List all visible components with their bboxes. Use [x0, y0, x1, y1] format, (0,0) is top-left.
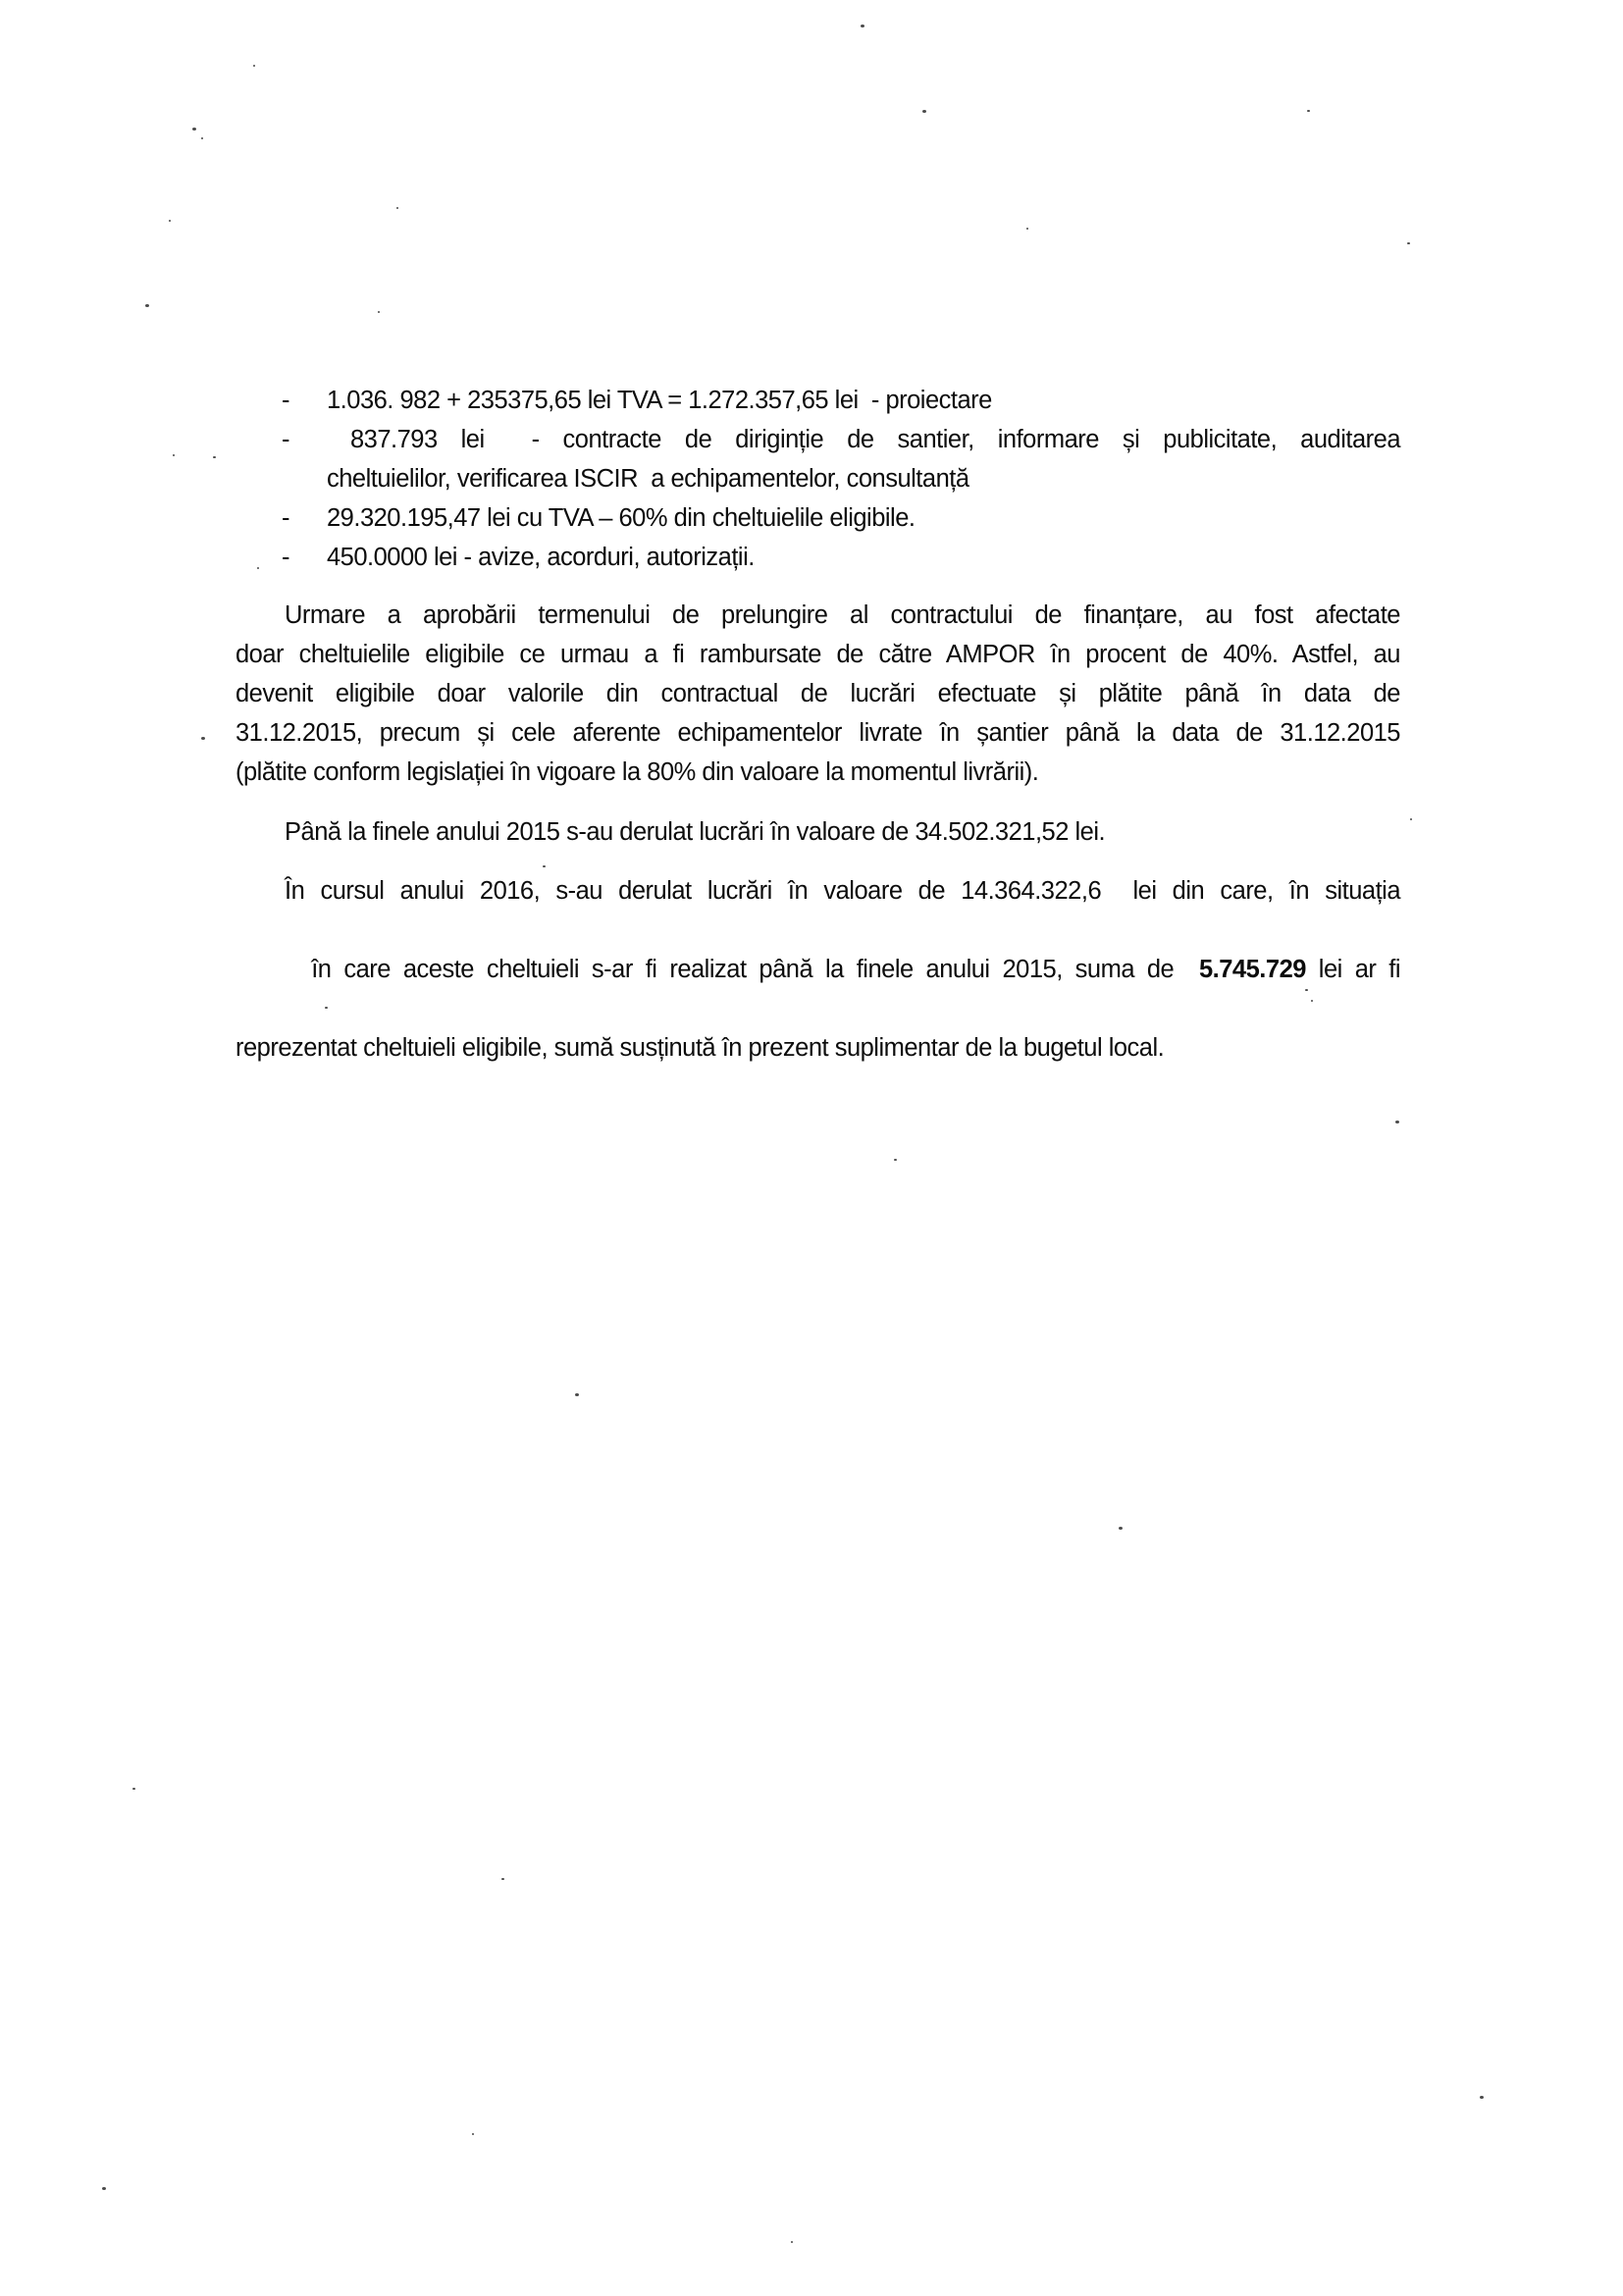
list-item: - 29.320.195,47 lei cu TVA – 60% din che… — [236, 498, 1400, 538]
bullet-text: 450.0000 lei - avize, acorduri, autoriza… — [327, 538, 1400, 577]
scan-speck — [543, 865, 546, 867]
scan-speck — [1480, 2096, 1484, 2099]
scan-speck — [894, 1159, 897, 1161]
scan-speck — [173, 454, 175, 456]
paragraph-line: Până la finele anului 2015 s-au derulat … — [236, 812, 1400, 852]
bullet-text: 1.036. 982 + 235375,65 lei TVA = 1.272.3… — [327, 381, 1400, 420]
scan-speck — [472, 2133, 474, 2135]
scan-speck — [102, 2187, 106, 2190]
scan-speck — [201, 737, 205, 740]
list-item: - 1.036. 982 + 235375,65 lei TVA = 1.272… — [236, 381, 1400, 420]
scan-speck — [1407, 242, 1410, 244]
scan-speck — [1307, 110, 1310, 112]
paragraph-line: doar cheltuielile eligibile ce urmau a f… — [236, 635, 1400, 674]
scan-speck — [132, 1788, 135, 1790]
scan-speck — [378, 311, 380, 313]
scan-speck — [213, 456, 216, 458]
scan-speck — [861, 25, 864, 27]
bullet-text: cheltuielilor, verificarea ISCIR a echip… — [327, 459, 1400, 498]
scan-speck — [257, 567, 259, 569]
paragraph-line: devenit eligibile doar valorile din cont… — [236, 674, 1400, 713]
scan-speck — [192, 128, 196, 130]
scan-speck — [1305, 989, 1308, 991]
scan-speck — [253, 65, 255, 67]
scan-speck — [575, 1393, 579, 1396]
paragraph-works-2016: În cursul anului 2016, s-au derulat lucr… — [236, 871, 1400, 1068]
paragraph-text-segment: în care aceste cheltuieli s-ar fi realiz… — [311, 956, 1199, 983]
scan-speck — [1026, 228, 1028, 230]
paragraph-line: în care aceste cheltuieli s-ar fi realiz… — [236, 911, 1400, 1028]
scan-speck — [501, 1878, 504, 1880]
scan-speck — [325, 1007, 328, 1009]
scan-speck — [169, 220, 171, 222]
scan-speck — [1395, 1121, 1399, 1123]
bullet-dash: - — [282, 538, 289, 577]
scan-speck — [1410, 818, 1412, 820]
scan-speck — [396, 207, 398, 209]
scan-speck — [145, 304, 149, 307]
paragraph-line: În cursul anului 2016, s-au derulat lucr… — [236, 871, 1400, 911]
scan-speck — [791, 2241, 793, 2243]
scan-speck — [922, 110, 926, 113]
scan-speck — [1311, 1000, 1313, 1002]
paragraph-line: (plătite conform legislației în vigoare … — [236, 753, 1400, 792]
paragraph-line: 31.12.2015, precum și cele aferente echi… — [236, 713, 1400, 753]
scan-speck — [201, 137, 203, 139]
paragraph-line: Urmare a aprobării termenului de prelung… — [236, 596, 1400, 635]
bold-amount: 5.745.729 — [1199, 956, 1306, 983]
bullet-text: 837.793 lei - contracte de diriginție de… — [327, 420, 1400, 459]
list-item: - 837.793 lei - contracte de diriginție … — [236, 420, 1400, 498]
bullet-dash: - — [282, 420, 289, 459]
paragraph-text-segment: lei ar fi — [1306, 956, 1400, 983]
scan-speck — [1119, 1527, 1123, 1530]
paragraph-line: reprezentat cheltuieli eligibile, sumă s… — [236, 1028, 1400, 1068]
bullet-dash: - — [282, 498, 289, 538]
paragraph-works-2015: Până la finele anului 2015 s-au derulat … — [236, 812, 1400, 852]
bullet-dash: - — [282, 381, 289, 420]
paragraph-eligibility: Urmare a aprobării termenului de prelung… — [236, 596, 1400, 792]
list-item: - 450.0000 lei - avize, acorduri, autori… — [236, 538, 1400, 577]
scanned-document-page: - 1.036. 982 + 235375,65 lei TVA = 1.272… — [0, 0, 1623, 2296]
bullet-text: 29.320.195,47 lei cu TVA – 60% din chelt… — [327, 498, 1400, 538]
bullet-list: - 1.036. 982 + 235375,65 lei TVA = 1.272… — [236, 381, 1400, 577]
